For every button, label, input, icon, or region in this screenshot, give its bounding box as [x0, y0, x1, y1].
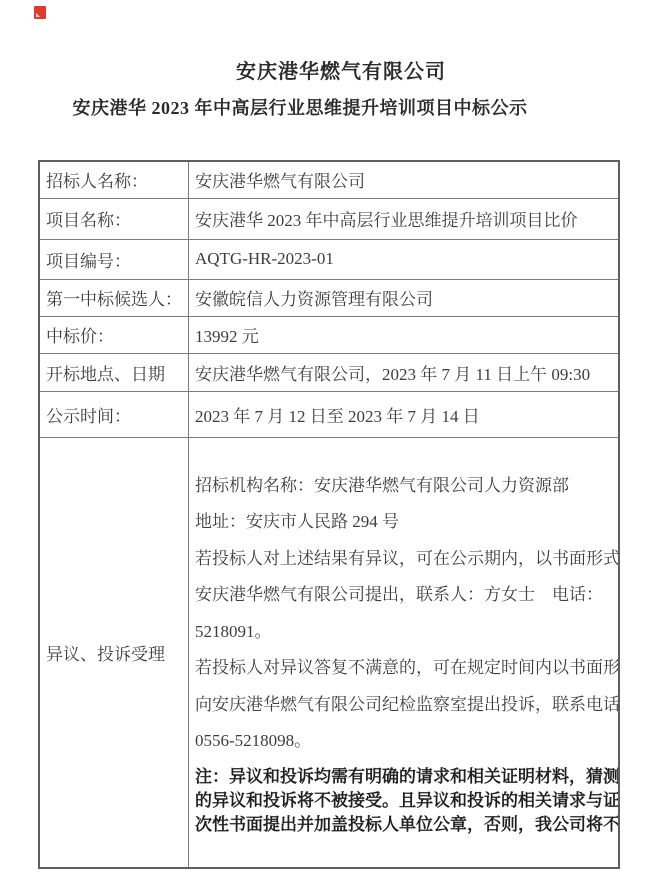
row-label: 项目编号：: [39, 239, 189, 279]
table-row: 项目编号： AQTG-HR-2023-01: [39, 239, 619, 279]
page-subtitle: 安庆港华 2023 年中高层行业思维提升培训项目中标公示: [73, 94, 528, 120]
content-line: 若投标人对上述结果有异议，可在公示期内，以书面形式向: [195, 541, 614, 578]
row-value: 安徽皖信人力资源管理有限公司: [189, 279, 620, 316]
objection-content: 招标机构名称：安庆港华燃气有限公司人力资源部 地址：安庆市人民路 294 号 若…: [189, 437, 620, 868]
row-value: AQTG-HR-2023-01: [189, 239, 620, 279]
content-line: 向安庆港华燃气有限公司纪检监察室提出投诉，联系电话：: [195, 687, 614, 724]
table-row: 中标价： 13992 元: [39, 316, 619, 353]
row-label: 中标价：: [39, 316, 189, 353]
table-row: 公示时间： 2023 年 7 月 12 日至 2023 年 7 月 14 日: [39, 391, 619, 437]
content-line: 0556-5218098。: [195, 723, 614, 760]
objection-label: 异议、投诉受理: [39, 437, 189, 868]
table-row: 开标地点、日期 安庆港华燃气有限公司，2023 年 7 月 11 日上午 09:…: [39, 353, 619, 391]
row-label: 公示时间：: [39, 391, 189, 437]
page-title: 安庆港华燃气有限公司: [236, 55, 446, 84]
row-value: 安庆港华燃气有限公司，2023 年 7 月 11 日上午 09:30: [189, 353, 620, 391]
content-line: 地址：安庆市人民路 294 号: [195, 504, 614, 541]
row-label: 开标地点、日期: [39, 353, 189, 391]
red-marker-icon: [34, 6, 46, 19]
tender-info-table: 招标人名称： 安庆港华燃气有限公司 项目名称： 安庆港华 2023 年中高层行业…: [38, 160, 620, 869]
row-value: 13992 元: [189, 316, 620, 353]
objection-note: 注：异议和投诉均需有明确的请求和相关证明材料，猜测式、怀疑式 的异议和投诉将不被…: [195, 765, 614, 837]
row-value: 安庆港华燃气有限公司: [189, 161, 620, 198]
row-value: 2023 年 7 月 12 日至 2023 年 7 月 14 日: [189, 391, 620, 437]
content-line: 若投标人对异议答复不满意的，可在规定时间内以书面形式: [195, 650, 614, 687]
row-label: 第一中标候选人：: [39, 279, 189, 316]
note-line: 的异议和投诉将不被接受。且异议和投诉的相关请求与证明材料须一: [195, 789, 614, 813]
table-row: 招标人名称： 安庆港华燃气有限公司: [39, 161, 619, 198]
document-page: { "colors": { "red_marker": "#e03a2e", "…: [0, 0, 664, 894]
table-row: 第一中标候选人： 安徽皖信人力资源管理有限公司: [39, 279, 619, 316]
content-line: 5218091。: [195, 614, 614, 651]
row-value: 安庆港华 2023 年中高层行业思维提升培训项目比价: [189, 198, 620, 239]
row-label: 项目名称：: [39, 198, 189, 239]
table-row: 项目名称： 安庆港华 2023 年中高层行业思维提升培训项目比价: [39, 198, 619, 239]
note-line: 次性书面提出并加盖投标人单位公章，否则，我公司将不予受理。: [195, 813, 614, 837]
note-line: 注：异议和投诉均需有明确的请求和相关证明材料，猜测式、怀疑式: [195, 765, 614, 789]
content-line: 招标机构名称：安庆港华燃气有限公司人力资源部: [195, 468, 614, 505]
content-line: 安庆港华燃气有限公司提出，联系人：方女士 电话：: [195, 577, 614, 614]
objection-row: 异议、投诉受理 招标机构名称：安庆港华燃气有限公司人力资源部 地址：安庆市人民路…: [39, 437, 619, 868]
row-label: 招标人名称：: [39, 161, 189, 198]
